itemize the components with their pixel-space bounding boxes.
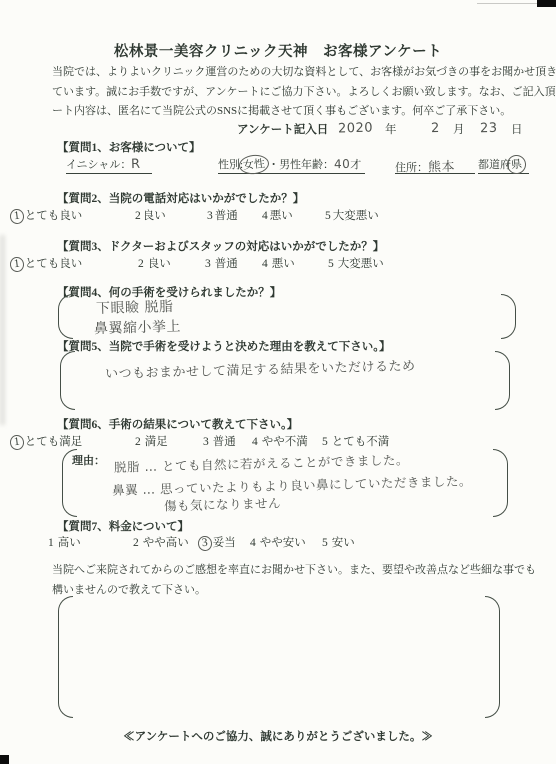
q2-option-4-label: 悪い [270, 210, 293, 222]
q2-option-4: 4悪い [262, 207, 293, 223]
q3-option-5: 5大変悪い [328, 255, 384, 271]
q6-reason-line: 傷も気になりません [164, 493, 281, 514]
q6-option-5-label: とても不満 [332, 436, 390, 448]
gender-separator: ・ [268, 159, 279, 171]
bracket-left [58, 294, 73, 339]
intro-line: 当院では、よりよいクリニック運営のための大切な資料として、お客様がお気づきの事を… [52, 63, 556, 83]
scan-artifact-bottom-left [0, 755, 9, 764]
q6-option-2-label: 満足 [145, 436, 168, 448]
q7-option-1-label: 高い [58, 537, 81, 549]
initial-value: R [131, 157, 141, 172]
outro-line: 当院へご来院されてからのご感想を率直にお聞かせ下さい。また、要望や改善点など些細… [52, 561, 536, 581]
bracket-left [58, 596, 73, 718]
q2-option-3-label: 普通 [215, 210, 238, 222]
q3-option-3: 3普通 [205, 255, 238, 271]
scan-artifact-line [477, 3, 537, 4]
q5-answer-line: いつもおまかせして満足する結果をいただけるため [105, 355, 416, 382]
q6-option-3: 3普通 [203, 433, 236, 449]
age-field: 年齢：40才 [301, 156, 365, 174]
q2-header: 【質問2、当院の電話対応はいかがでしたか？】 [57, 190, 304, 206]
q7-option-3-label: 妥当 [213, 537, 236, 549]
date-label: アンケート記入日 [237, 121, 328, 137]
q7-option-4-number: 4 [250, 537, 256, 549]
q2-option-2: 2良い [135, 207, 166, 223]
q6-option-3-label: 普通 [213, 436, 236, 448]
q2-option-5-label: 大変悪い [333, 210, 379, 222]
q6-reason-box: 理由： 脱脂 … とても自然に若がえることができました。 鼻翼 … 思っていたよ… [62, 449, 508, 517]
gender-field: 性別:女性・男性 [218, 156, 305, 174]
q3-options: 1とても良い 2良い 3普通 4悪い 5大変悪い [0, 255, 556, 273]
q4-answer-line: 鼻翼縮小挙上 [94, 316, 181, 338]
date-day-value: 23 [480, 121, 498, 136]
q6-option-3-number: 3 [203, 436, 209, 448]
q7-option-5-label: 安い [332, 537, 355, 549]
age-value: 40 [334, 157, 351, 171]
gender-option-female: 女性 [238, 153, 270, 175]
q3-header: 【質問3、ドクターおよびスタッフの対応はいかがでしたか？】 [57, 238, 384, 254]
q3-option-1-label: とても良い [25, 258, 83, 270]
q7-option-3: 3妥当 [202, 534, 236, 550]
q3-option-4-number: 4 [262, 258, 268, 270]
q4-answer-box: 下眼瞼 脱脂 鼻翼縮小挙上 [58, 294, 516, 339]
q7-options: 1高い 2やや高い 3妥当 4やや安い 5安い [0, 534, 556, 552]
q6-option-4-label: やや不満 [262, 436, 308, 448]
gender-option-male: 男性 [279, 159, 301, 171]
q7-option-5-number: 5 [322, 537, 328, 549]
survey-scan-page: 松林景一美容クリニック天神 お客様アンケート 当院では、よりよいクリニック運営の… [0, 0, 556, 764]
q5-answer-box: いつもおまかせして満足する結果をいただけるため [60, 351, 510, 410]
q7-option-4: 4やや安い [250, 534, 306, 550]
q7-option-1-number: 1 [48, 537, 54, 549]
q7-option-2-number: 2 [133, 537, 139, 549]
q7-option-2-label: やや高い [143, 537, 189, 549]
bracket-right [485, 596, 500, 718]
outro-paragraph: 当院へご来院されてからのご感想を率直にお聞かせ下さい。また、要望や改善点など些細… [52, 561, 536, 600]
q4-answer-line: 下眼瞼 脱脂 [96, 296, 174, 318]
q7-option-5: 5安い [322, 534, 355, 550]
q6-option-5-number: 5 [322, 436, 328, 448]
q6-header: 【質問6、手術の結果について教えて下さい。】 [57, 416, 298, 432]
q3-option-4: 4悪い [262, 255, 295, 271]
q2-option-1-label: とても良い [25, 210, 83, 222]
q7-option-3-number: 3 [197, 535, 212, 551]
q6-option-2-number: 2 [135, 436, 141, 448]
q2-option-5-number: 5 [325, 210, 331, 222]
q2-option-1: 1とても良い [14, 207, 82, 223]
q3-option-1-number: 1 [9, 256, 24, 272]
q3-option-5-label: 大変悪い [338, 258, 384, 270]
intro-line: ています。誠にお手数ですが、アンケートにご協力下さい。よろしくお願い致します。な… [52, 83, 556, 103]
q2-option-3-number: 3 [207, 210, 213, 222]
q2-option-2-number: 2 [135, 210, 141, 222]
address-suffix-field: 都道府県 [478, 156, 529, 174]
q6-reason-line: 鼻翼 … 思っていたよりもより良い鼻にしていただきました。 [112, 471, 472, 498]
intro-line: ート内容は、匿名にて当院公式のSNSに掲載させて頂く事もございます。何卒ご了承下… [52, 102, 556, 122]
q3-option-3-label: 普通 [215, 258, 238, 270]
page-title: 松林景一美容クリニック天神 お客様アンケート [0, 40, 556, 61]
q1-fields-row: イニシャル：R 性別:女性・男性 年齢：40才 住所：熊本 都道府県 [0, 156, 556, 176]
q2-options: 1とても良い 2良い 3普通 4悪い 5大変悪い [0, 207, 556, 225]
initial-field: イニシャル：R [66, 156, 152, 174]
age-unit: 才 [350, 159, 361, 171]
q7-option-1: 1高い [48, 534, 81, 550]
q2-option-4-number: 4 [262, 210, 268, 222]
q7-option-4-label: やや安い [260, 537, 306, 549]
bracket-right [495, 351, 510, 410]
date-row: アンケート記入日 2020 年 2 月 23 日 [0, 121, 556, 139]
q3-option-2-label: 良い [148, 258, 171, 270]
bracket-left [60, 351, 75, 410]
q3-option-3-number: 3 [205, 258, 211, 270]
q1-header: 【質問1、お客様について】 [57, 139, 201, 155]
q6-option-4-number: 4 [252, 436, 258, 448]
q3-option-4-label: 悪い [272, 258, 295, 270]
q2-option-1-number: 1 [9, 208, 24, 224]
intro-paragraph: 当院では、よりよいクリニック運営のための大切な資料として、お客様がお気づきの事を… [52, 63, 556, 122]
q6-reason-line: 脱脂 … とても自然に若がえることができました。 [114, 450, 409, 476]
q3-option-2-number: 2 [138, 258, 144, 270]
q6-option-2: 2満足 [135, 433, 168, 449]
q7-option-2: 2やや高い [133, 534, 189, 550]
q6-option-5: 5とても不満 [322, 433, 389, 449]
q7-header: 【質問7、料金について】 [57, 518, 189, 534]
bracket-right [501, 294, 516, 339]
q2-option-2-label: 良い [143, 210, 166, 222]
date-month-unit: 月 [453, 121, 465, 137]
bracket-right [493, 449, 508, 517]
q3-option-1: 1とても良い [14, 255, 82, 271]
free-comment-box [58, 596, 500, 718]
date-year-value: 2020 [338, 121, 373, 137]
age-label: 年齢： [301, 159, 334, 171]
date-month-value: 2 [431, 121, 440, 136]
q3-option-5-number: 5 [328, 258, 334, 270]
address-suffix-ken: 県 [506, 154, 527, 175]
q2-option-3: 3普通 [207, 207, 238, 223]
thanks-line: ≪アンケートへのご協力、誠にありがとうございました。≫ [0, 728, 556, 744]
scan-artifact-top-right [537, 0, 556, 7]
q2-option-5: 5大変悪い [325, 207, 379, 223]
q6-option-1: 1とても満足 [14, 433, 82, 449]
address-field: 住所：熊本 [395, 156, 475, 174]
address-value: 熊本 [428, 156, 456, 176]
date-day-unit: 日 [511, 121, 523, 137]
initial-label: イニシャル： [66, 159, 131, 171]
q6-reason-label: 理由： [72, 452, 105, 468]
q6-option-1-number: 1 [9, 434, 24, 450]
q6-option-1-label: とても満足 [25, 436, 83, 448]
q3-option-2: 2良い [138, 255, 171, 271]
q6-option-4: 4やや不満 [252, 433, 308, 449]
address-label: 住所： [395, 162, 428, 174]
date-year-unit: 年 [385, 121, 397, 137]
